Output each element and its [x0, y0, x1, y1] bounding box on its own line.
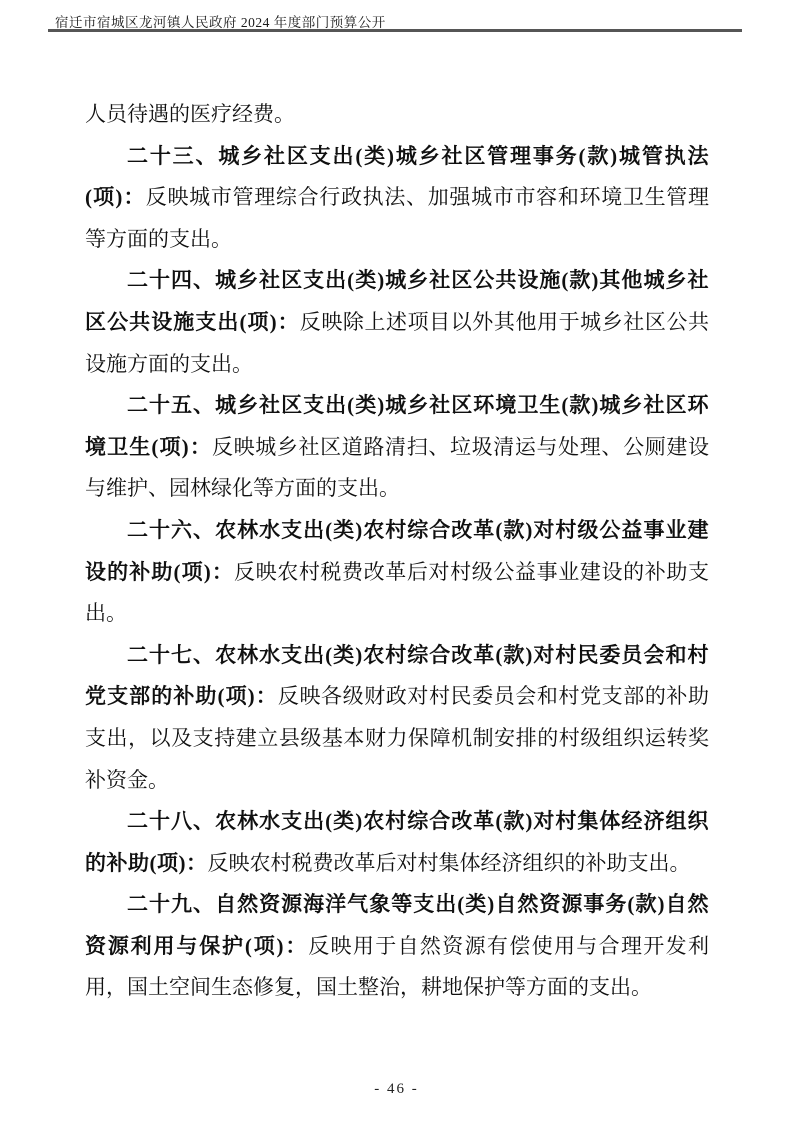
paragraph-text: 反映农村税费改革后对村集体经济组织的补助支出。	[208, 851, 691, 875]
paragraph-item-29: 二十九、自然资源海洋气象等支出(类)自然资源事务(款)自然资源利用与保护(项)：…	[85, 884, 709, 1009]
page-number: - 46 -	[0, 1081, 793, 1098]
paragraph-item-28: 二十八、农林水支出(类)农村综合改革(款)对村集体经济组织的补助(项)：反映农村…	[85, 801, 709, 884]
paragraph-text: 反映城市管理综合行政执法、加强城市市容和环境卫生管理等方面的支出。	[85, 185, 709, 251]
document-body: 人员待遇的医疗经费。 二十三、城乡社区支出(类)城乡社区管理事务(款)城管执法(…	[85, 94, 709, 1009]
paragraph-continuation: 人员待遇的医疗经费。	[85, 94, 709, 136]
paragraph-item-24: 二十四、城乡社区支出(类)城乡社区公共设施(款)其他城乡社区公共设施支出(项)：…	[85, 260, 709, 385]
paragraph-item-25: 二十五、城乡社区支出(类)城乡社区环境卫生(款)城乡社区环境卫生(项)：反映城乡…	[85, 385, 709, 510]
header-divider-rule	[48, 29, 742, 32]
paragraph-text: 人员待遇的医疗经费。	[85, 102, 295, 126]
paragraph-item-27: 二十七、农林水支出(类)农村综合改革(款)对村民委员会和村党支部的补助(项)：反…	[85, 635, 709, 801]
document-header-title: 宿迁市宿城区龙河镇人民政府 2024 年度部门预算公开	[55, 11, 386, 31]
document-page: 宿迁市宿城区龙河镇人民政府 2024 年度部门预算公开 人员待遇的医疗经费。 二…	[0, 0, 793, 1122]
paragraph-item-26: 二十六、农林水支出(类)农村综合改革(款)对村级公益事业建设的补助(项)：反映农…	[85, 510, 709, 635]
paragraph-item-23: 二十三、城乡社区支出(类)城乡社区管理事务(款)城管执法(项)：反映城市管理综合…	[85, 136, 709, 261]
